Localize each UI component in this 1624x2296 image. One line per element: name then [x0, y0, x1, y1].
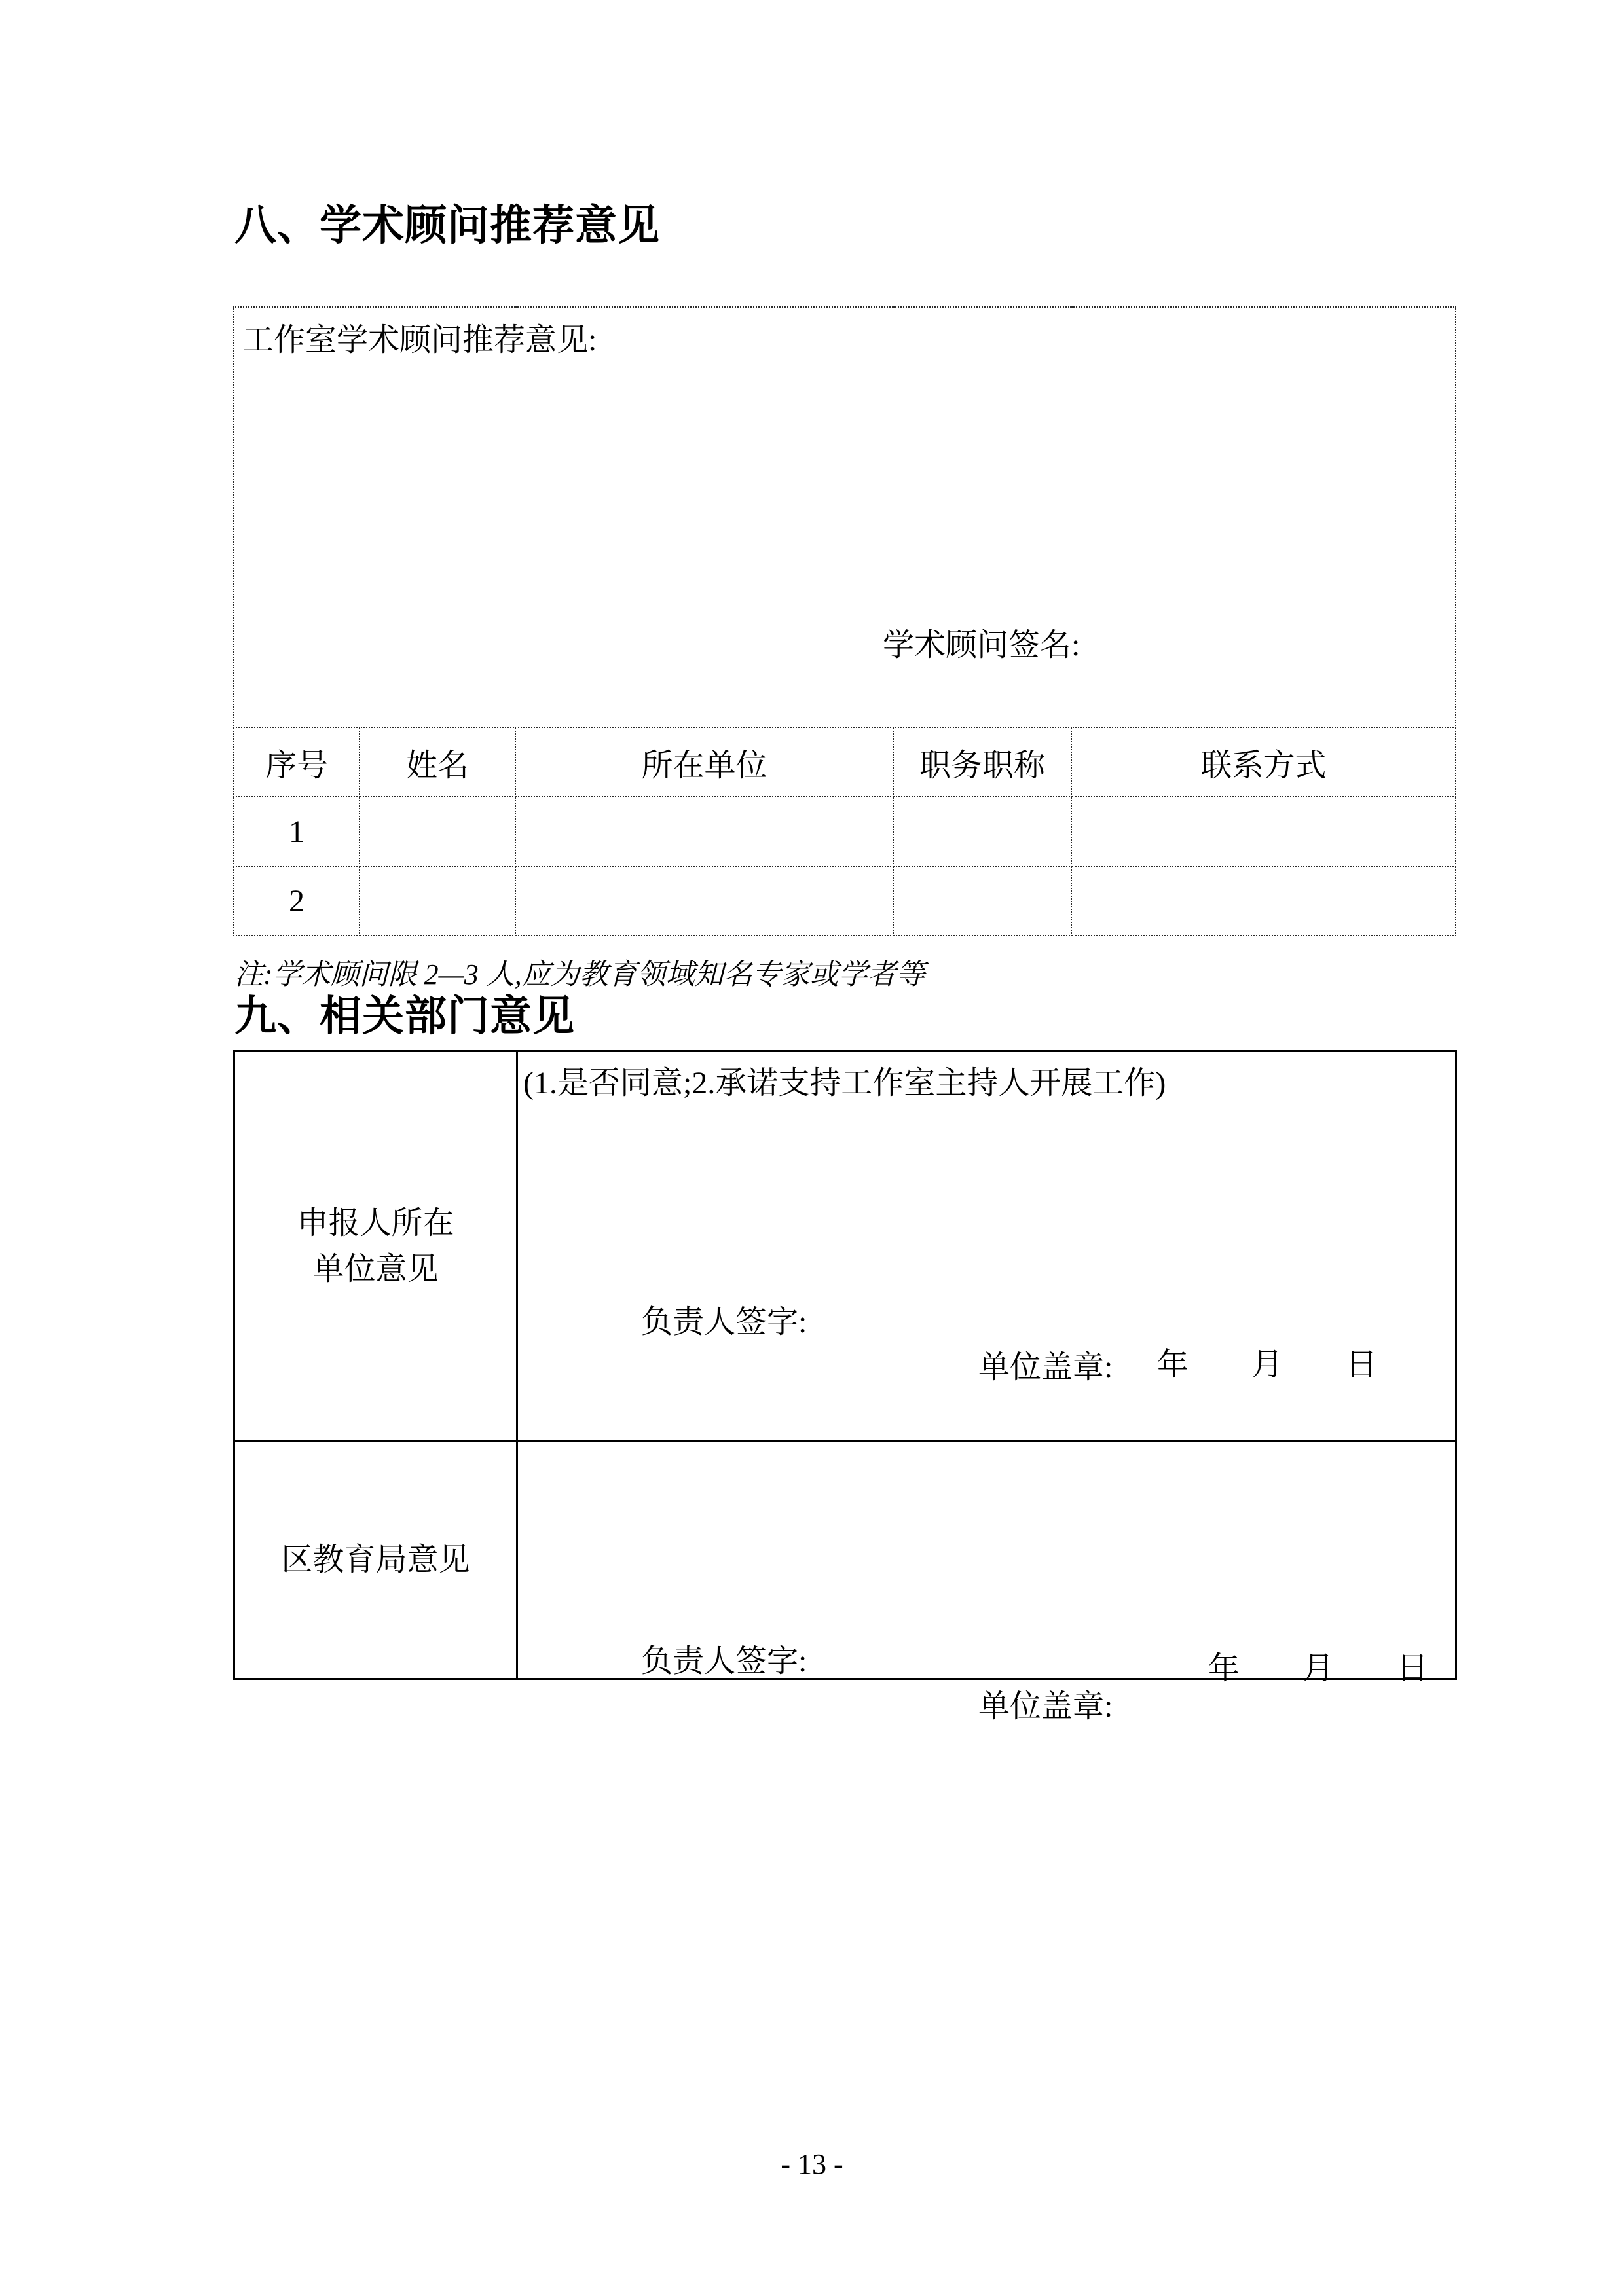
- applicant-unit-hint: (1.是否同意;2.承诺支持工作室主持人开展工作): [523, 1057, 1166, 1102]
- applicant-unit-opinion-cell: (1.是否同意;2.承诺支持工作室主持人开展工作) 负责人签字: 单位盖章: 年…: [517, 1051, 1456, 1442]
- district-bureau-opinion-cell: 负责人签字: 单位盖章: 年 月 日: [517, 1442, 1456, 1679]
- advisor-1-contact-cell: [1071, 797, 1456, 866]
- advisor-2-unit-cell: [515, 866, 893, 936]
- applicant-unit-date-line: 年 月 日: [1157, 1339, 1377, 1384]
- advisor-signature-label: 学术顾问签名:: [883, 619, 1080, 665]
- column-header-index: 序号: [234, 727, 360, 797]
- column-header-unit: 所在单位: [515, 727, 893, 797]
- district-bureau-row: 区教育局意见 负责人签字: 单位盖章: 年 月 日: [234, 1442, 1456, 1679]
- advisor-table-header-row: 序号 姓名 所在单位 职务职称 联系方式: [234, 727, 1456, 797]
- applicant-unit-label-cell: 申报人所在 单位意见: [234, 1051, 517, 1442]
- unit-seal-label: 单位盖章:: [978, 1689, 1113, 1724]
- advisor-row-2: 2: [234, 866, 1456, 936]
- advisor-row-1: 1: [234, 797, 1456, 866]
- advisor-1-name-cell: [360, 797, 515, 866]
- responsible-person-sign-label: 负责人签字:: [641, 1644, 807, 1679]
- column-header-title: 职务职称: [893, 727, 1071, 797]
- column-header-contact: 联系方式: [1071, 727, 1456, 797]
- advisor-1-unit-cell: [515, 797, 893, 866]
- applicant-unit-row: 申报人所在 单位意见 (1.是否同意;2.承诺支持工作室主持人开展工作) 负责人…: [234, 1051, 1456, 1442]
- advisor-1-title-cell: [893, 797, 1071, 866]
- unit-seal-label: 单位盖章:: [978, 1350, 1113, 1385]
- section8-heading: 八、学术顾问推荐意见: [234, 202, 660, 250]
- district-bureau-sign-line: 负责人签字: 单位盖章:: [547, 1599, 1113, 1762]
- advisor-comment-cell: 工作室学术顾问推荐意见: 学术顾问签名:: [234, 307, 1456, 727]
- advisor-2-index-cell: 2: [234, 866, 360, 936]
- advisor-note: 注:学术顾问限 2—3 人,应为教育领域知名专家或学者等: [234, 951, 925, 993]
- section9-heading: 九、相关部门意见: [234, 993, 575, 1041]
- advisor-table: 工作室学术顾问推荐意见: 学术顾问签名: 序号 姓名 所在单位 职务职称 联系方…: [233, 306, 1456, 936]
- responsible-person-sign-label: 负责人签字:: [641, 1305, 807, 1339]
- document-page: 八、学术顾问推荐意见 工作室学术顾问推荐意见: 学术顾问签名: 序号 姓名 所在…: [0, 0, 1624, 2296]
- advisor-1-index-cell: 1: [234, 797, 360, 866]
- advisor-2-contact-cell: [1071, 866, 1456, 936]
- district-bureau-date-line: 年 月 日: [1208, 1643, 1428, 1688]
- advisor-2-title-cell: [893, 866, 1071, 936]
- advisor-comment-row: 工作室学术顾问推荐意见: 学术顾问签名:: [234, 307, 1456, 727]
- district-bureau-label-cell: 区教育局意见: [234, 1442, 517, 1679]
- column-header-name: 姓名: [360, 727, 515, 797]
- applicant-unit-sign-line: 负责人签字: 单位盖章:: [547, 1260, 1113, 1423]
- advisor-2-name-cell: [360, 866, 515, 936]
- page-number: - 13 -: [0, 2147, 1624, 2181]
- department-opinion-table: 申报人所在 单位意见 (1.是否同意;2.承诺支持工作室主持人开展工作) 负责人…: [233, 1050, 1457, 1680]
- advisor-comment-label: 工作室学术顾问推荐意见:: [242, 314, 597, 359]
